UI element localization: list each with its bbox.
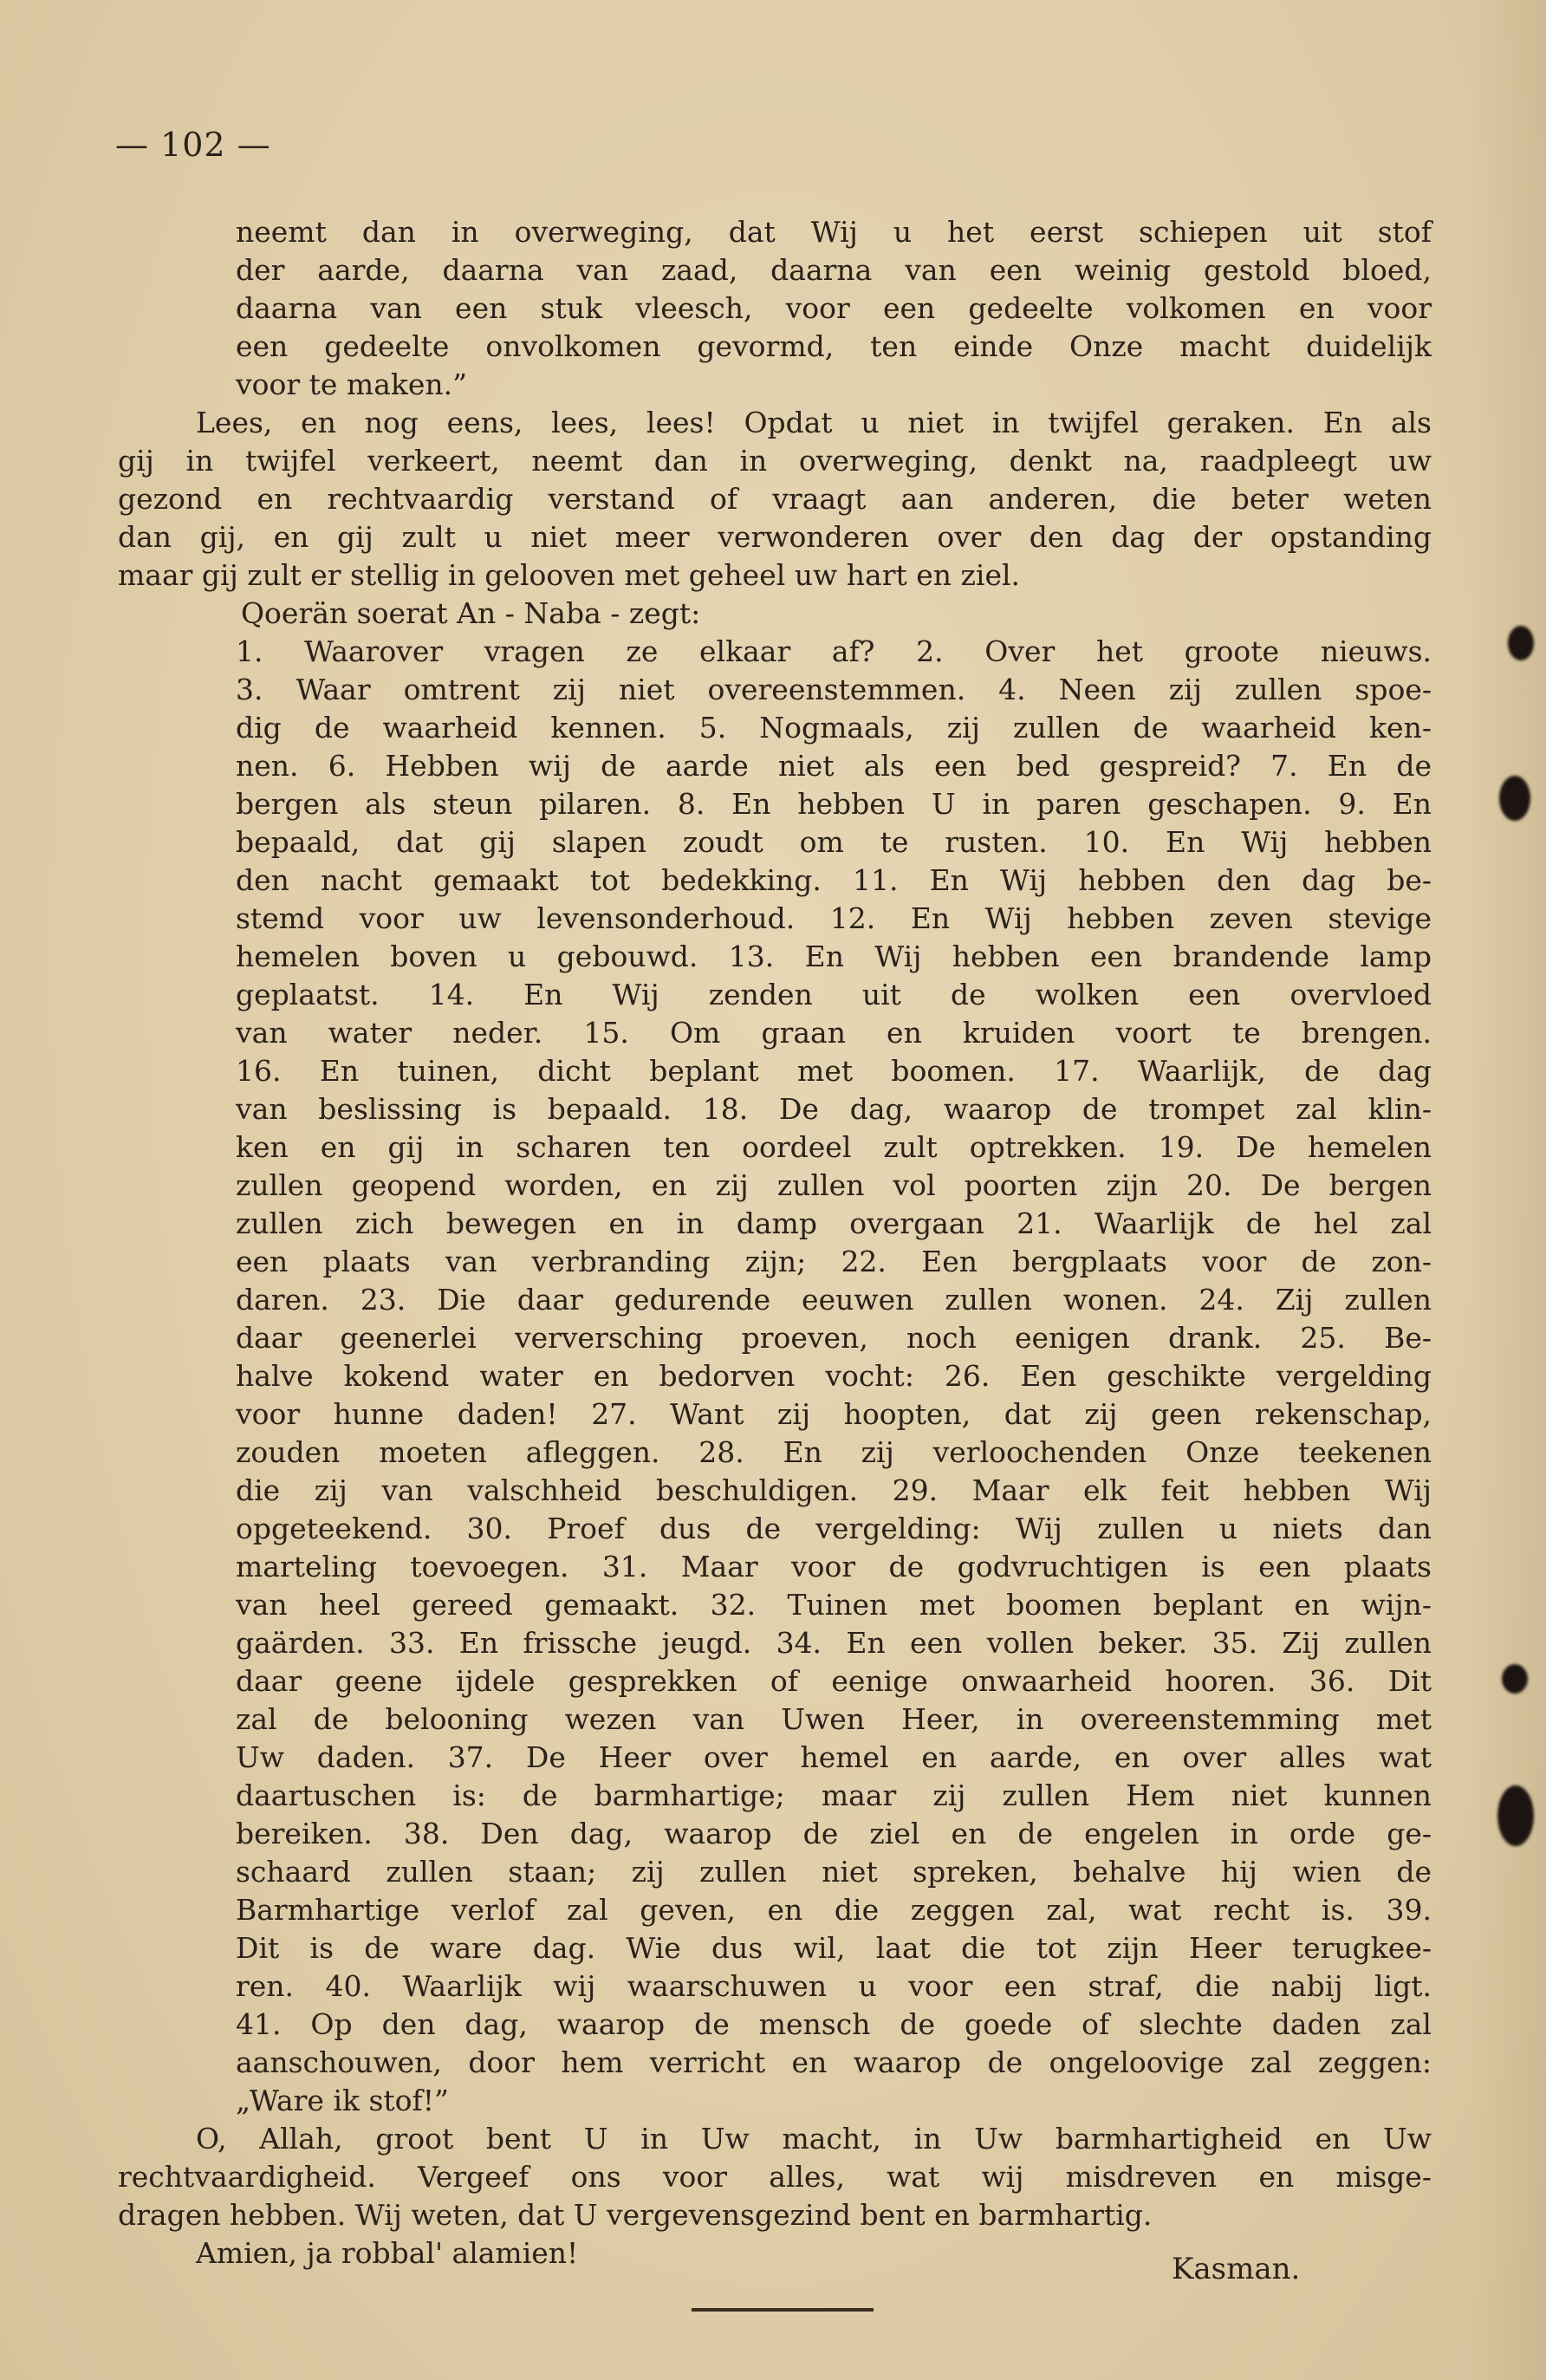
text-line: gezond en rechtvaardig verstand of vraag… <box>118 482 1432 517</box>
verse-line: „Ware ik stof!” <box>236 2084 1432 2118</box>
verse-line: van water neder. 15. Om graan en kruiden… <box>236 1016 1432 1050</box>
verse-line: een plaats van verbranding zijn; 22. Een… <box>236 1245 1432 1279</box>
verse-line: den nacht gemaakt tot bedekking. 11. En … <box>236 863 1432 898</box>
text-line: neemt dan in overweging, dat Wij u het e… <box>236 215 1432 250</box>
verse-line: zal de belooning wezen van Uwen Heer, in… <box>236 1702 1432 1737</box>
text-line: dragen hebben. Wij weten, dat U vergeven… <box>118 2198 1432 2233</box>
verse-line: nen. 6. Hebben wij de aarde niet als een… <box>236 749 1432 784</box>
verse-line: ren. 40. Waarlijk wij waarschuwen u voor… <box>236 1969 1432 2004</box>
verse-line: bergen als steun pilaren. 8. En hebben U… <box>236 787 1432 822</box>
author-signature: Kasman. <box>1172 2252 1300 2286</box>
text-line: voor te maken.” <box>236 367 1432 402</box>
verse-line: ken en gij in scharen ten oordeel zult o… <box>236 1130 1432 1165</box>
text-line: rechtvaardigheid. Vergeef ons voor alles… <box>118 2160 1432 2195</box>
verse-line: van beslissing is bepaald. 18. De dag, w… <box>236 1092 1432 1127</box>
page-number: — 102 — <box>115 126 271 164</box>
verse-line: opgeteekend. 30. Proef dus de vergelding… <box>236 1512 1432 1546</box>
verse-line: daartuschen is: de barmhartige; maar zij… <box>236 1778 1432 1813</box>
verse-line: 3. Waar omtrent zij niet overeenstemmen.… <box>236 673 1432 707</box>
page-edge-shading <box>1468 0 1546 2380</box>
verse-line: geplaatst. 14. En Wij zenden uit de wolk… <box>236 978 1432 1012</box>
text-line: daarna van een stuk vleesch, voor een ge… <box>236 291 1432 326</box>
prayer-paragraph-start: O, Allah, groot bent U in Uw macht, in U… <box>196 2122 1432 2156</box>
verse-line: 16. En tuinen, dicht beplant met boomen.… <box>236 1054 1432 1089</box>
verse-line: 1. Waarover vragen ze elkaar af? 2. Over… <box>236 634 1432 669</box>
binding-hole-spot <box>1502 1664 1528 1694</box>
verse-line: van heel gereed gemaakt. 32. Tuinen met … <box>236 1588 1432 1622</box>
verse-line: Uw daden. 37. De Heer over hemel en aard… <box>236 1740 1432 1775</box>
verse-line: hemelen boven u gebouwd. 13. En Wij hebb… <box>236 940 1432 974</box>
verse-line: daar geenerlei verversching proeven, noc… <box>236 1321 1432 1356</box>
verse-line: zullen geopend worden, en zij zullen vol… <box>236 1168 1432 1203</box>
verse-line: die zij van valschheid beschuldigen. 29.… <box>236 1473 1432 1508</box>
surah-heading: Qoerän soerat An - Naba - zegt: <box>241 596 1432 631</box>
verse-line: marteling toevoegen. 31. Maar voor de go… <box>236 1550 1432 1584</box>
verse-line: 41. Op den dag, waarop de mensch de goed… <box>236 2007 1432 2042</box>
binding-hole-spot <box>1499 776 1530 821</box>
text-line: der aarde, daarna van zaad, daarna van e… <box>236 253 1432 288</box>
verse-line: bepaald, dat gij slapen zoudt om te rust… <box>236 825 1432 860</box>
verse-line: aanschouwen, door hem verricht en waarop… <box>236 2045 1432 2080</box>
verse-line: Dit is de ware dag. Wie dus wil, laat di… <box>236 1931 1432 1966</box>
verse-line: dig de waarheid kennen. 5. Nogmaals, zij… <box>236 711 1432 745</box>
verse-line: schaard zullen staan; zij zullen niet sp… <box>236 1855 1432 1889</box>
verse-line: stemd voor uw levensonderhoud. 12. En Wi… <box>236 901 1432 936</box>
verse-line: daar geene ijdele gesprekken of eenige o… <box>236 1664 1432 1699</box>
binding-hole-spot <box>1497 1785 1534 1846</box>
verse-line: voor hunne daden! 27. Want zij hoopten, … <box>236 1397 1432 1432</box>
verse-line: zouden moeten afleggen. 28. En zij verlo… <box>236 1435 1432 1470</box>
text-line: gij in twijfel verkeert, neemt dan in ov… <box>118 444 1432 478</box>
verse-line: gaärden. 33. En frissche jeugd. 34. En e… <box>236 1626 1432 1661</box>
verse-line: bereiken. 38. Den dag, waarop de ziel en… <box>236 1817 1432 1851</box>
text-line: maar gij zult er stellig in gelooven met… <box>118 558 1432 593</box>
verse-line: zullen zich bewegen en in damp overgaan … <box>236 1206 1432 1241</box>
verse-line: halve kokend water en bedorven vocht: 26… <box>236 1359 1432 1394</box>
binding-hole-spot <box>1508 626 1534 660</box>
paragraph-start: Lees, en nog eens, lees, lees! Opdat u n… <box>196 406 1432 440</box>
end-rule-divider <box>692 2308 874 2312</box>
text-line: een gedeelte onvolkomen gevormd, ten ein… <box>236 329 1432 364</box>
text-line: dan gij, en gij zult u niet meer verwond… <box>118 520 1432 555</box>
verse-line: Barmhartige verlof zal geven, en die zeg… <box>236 1893 1432 1928</box>
verse-line: daren. 23. Die daar gedurende eeuwen zul… <box>236 1283 1432 1317</box>
